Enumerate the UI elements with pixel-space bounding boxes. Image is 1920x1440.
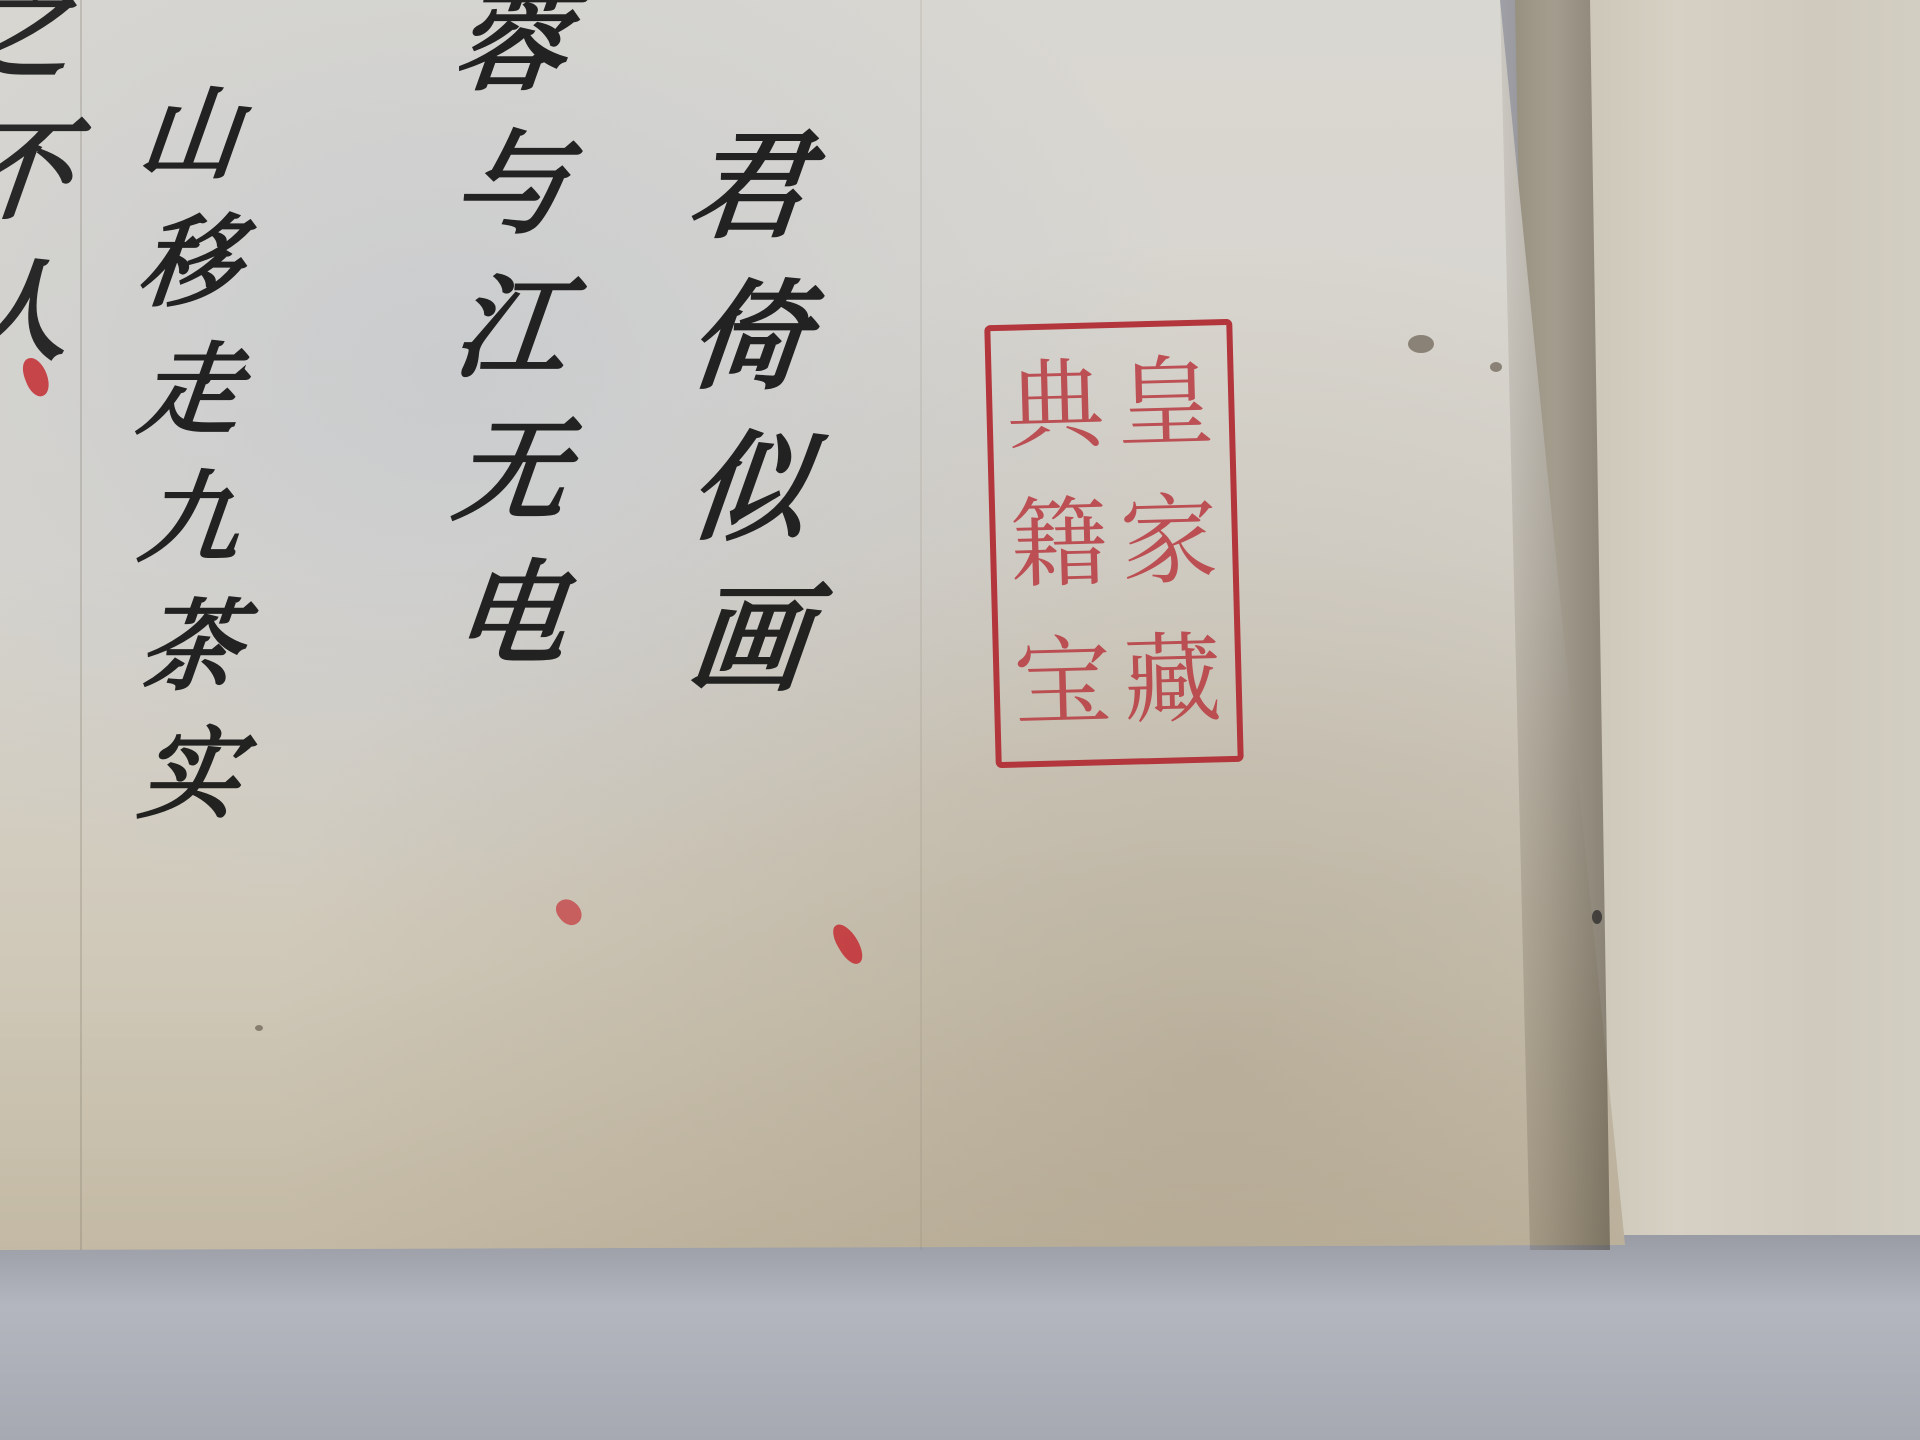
seal-character: 皇 — [1109, 333, 1223, 474]
paper-speck — [1592, 910, 1602, 924]
calligraphy-column-center: 蓉 与 江 无 电 — [455, 0, 567, 687]
calligraphy-glyph: 九 — [133, 454, 246, 582]
calligraphy-glyph: 不 — [0, 101, 77, 242]
paper-speck — [255, 1025, 263, 1031]
calligraphy-glyph: 无 — [447, 400, 574, 543]
calligraphy-column-right: 君 倚 似 画 — [690, 110, 808, 714]
paper-crease — [80, 0, 82, 1250]
calligraphy-glyph: 之 — [0, 0, 77, 101]
seal-character: 藏 — [1116, 610, 1230, 751]
calligraphy-glyph: 画 — [682, 563, 816, 714]
calligraphy-glyph: 山 — [133, 70, 246, 198]
calligraphy-column-partial: 之 不 人 — [0, 0, 70, 382]
paper-speck — [1408, 335, 1434, 353]
calligraphy-glyph: 倚 — [682, 261, 816, 412]
paper-speck — [1490, 362, 1502, 372]
gray-underlay-surface — [0, 1235, 1920, 1440]
calligraphy-glyph: 移 — [133, 198, 246, 326]
collector-seal: 皇 家 藏 典 籍 宝 — [984, 319, 1244, 768]
calligraphy-column-left: 山 移 走 九 茶 实 — [140, 70, 240, 838]
calligraphy-glyph: 走 — [133, 326, 246, 454]
calligraphy-paper-leaf — [0, 0, 1625, 1250]
seal-character: 籍 — [1002, 474, 1116, 615]
calligraphy-glyph: 江 — [447, 257, 574, 400]
calligraphy-glyph: 茶 — [133, 582, 246, 710]
seal-character: 家 — [1112, 471, 1226, 612]
calligraphy-glyph: 似 — [682, 412, 816, 563]
calligraphy-glyph: 君 — [682, 110, 816, 261]
seal-character: 宝 — [1006, 613, 1120, 754]
photo-scene: 君 倚 似 画 蓉 与 江 无 电 山 移 走 九 茶 实 之 不 人 皇 家 … — [0, 0, 1920, 1440]
calligraphy-glyph: 电 — [447, 543, 574, 686]
paper-crease — [920, 0, 922, 1250]
calligraphy-glyph: 与 — [447, 113, 574, 256]
seal-character: 典 — [999, 336, 1113, 477]
calligraphy-glyph: 蓉 — [447, 0, 574, 113]
calligraphy-glyph: 实 — [133, 710, 246, 838]
